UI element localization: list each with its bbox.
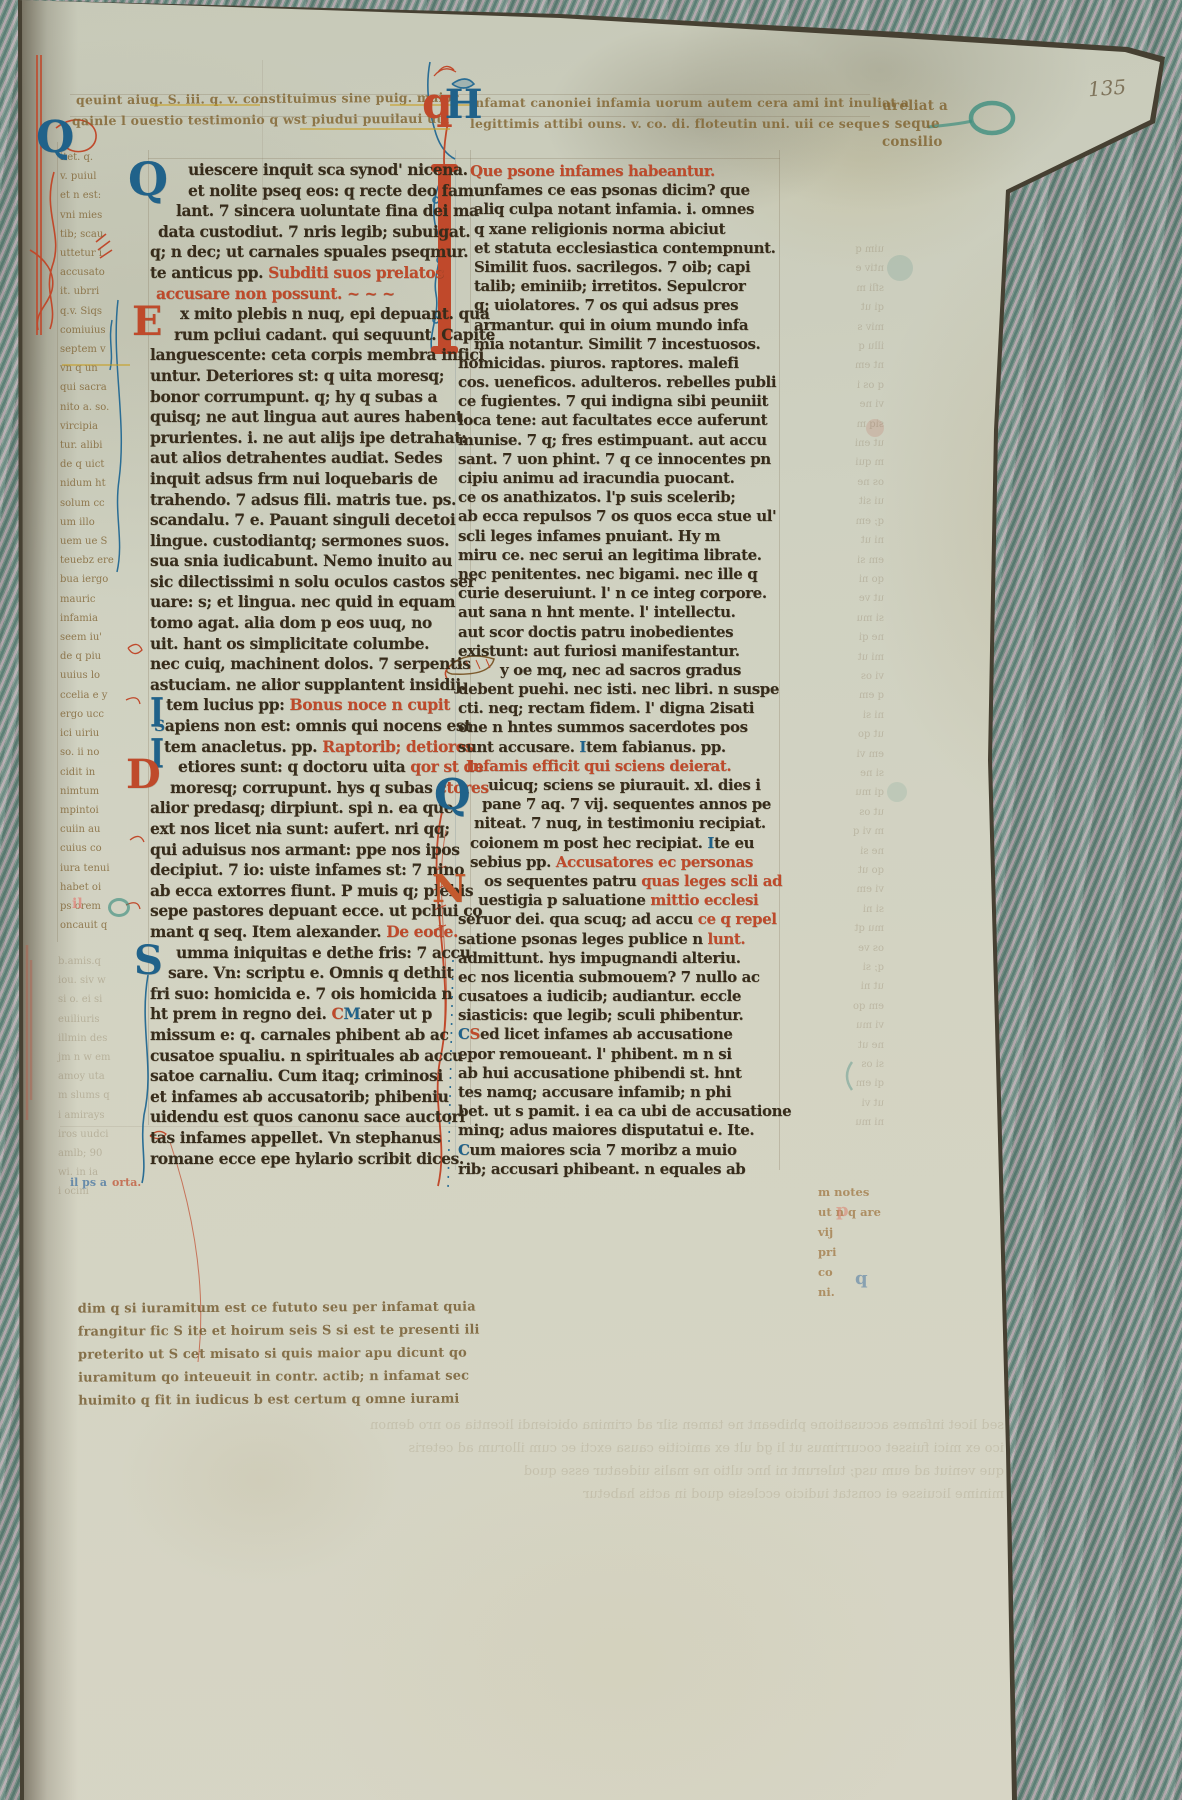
body-text: y oe mq, nec ad sacros gradus (500, 661, 741, 679)
manuscript-photo: { "page_number": "135", "header": { "glo… (0, 0, 1182, 1800)
body-text: tem fabianus. pp. (586, 738, 726, 756)
text-line: scli leges infames pnuiant. Hy m (458, 527, 780, 546)
bottom-gloss-block: dim q si iuramitum est ce fututo seu per… (78, 1294, 719, 1412)
body-text: trahendo. 7 adsus fili. matris tue. ps. (150, 490, 456, 509)
text-line: uit. hant os simplicitate columbe. (150, 634, 472, 655)
gloss-line: huimito q fit in iudicus b est certum q … (78, 1386, 718, 1412)
gloss-line: minime licuisse ei constat iudicio eccle… (64, 1483, 1004, 1506)
rubric-text: S (470, 1025, 480, 1043)
text-line: coionem m post hec recipiat. Ite eu (458, 834, 780, 853)
body-text: um maiores scia 7 moribz a muio (470, 1141, 737, 1159)
gloss-line: m qui (792, 453, 884, 472)
rubric-text: Subditi suos prelatos (268, 263, 444, 282)
body-text: homicidas. piuros. raptores. malefi (458, 354, 739, 372)
body-text: mant q seq. Item alexander. (150, 922, 386, 941)
body-text: loca tene: aut facultates ecce auferunt (458, 411, 767, 429)
text-line: scandalu. 7 e. Pauant singuli decetoi (150, 510, 472, 531)
text-line: rib; accusari phibeant. n equales ab (458, 1160, 780, 1179)
rubric-text: ce q repel (698, 910, 777, 928)
gloss-line: si os (792, 1055, 884, 1074)
quire-mark-blue-letter: H (445, 81, 483, 128)
body-text: data custodiut. 7 nris legib; subuigat. (158, 222, 470, 241)
body-text: siasticis: que legib; sculi phibentur. (458, 1006, 743, 1024)
text-line: lingue. custodiantq; sermones suos. (150, 531, 472, 552)
body-text: os sequentes patru (484, 872, 641, 890)
rubric-text: mittio ecclesi (650, 891, 758, 909)
body-text: satione psonas leges publice n (458, 930, 708, 948)
gloss-line: de q uict (60, 455, 150, 474)
body-text: I (579, 738, 586, 756)
body-text: I (707, 834, 714, 852)
text-line: loca tene: aut facultates ecce auferunt (458, 411, 780, 430)
gloss-line: nt em (792, 356, 884, 375)
body-text: pane 7 aq. 7 vij. sequentes annos pe (482, 795, 771, 813)
body-text: moresq; corrupunt. hys q subas (170, 778, 437, 797)
body-text: ce os anathizatos. l'p suis scelerib; (458, 488, 735, 506)
gloss-line: cuius co (60, 839, 150, 858)
gloss-line: ici uiriu (60, 724, 150, 743)
body-text: cos. ueneficos. adulteros. rebelles publ… (458, 373, 776, 391)
right-margin-showthrough: uim qntiv esfli mqi utmiv sillu qnt emq … (792, 240, 884, 1133)
body-text: nec cuiq, machinent dolos. 7 serpentis (150, 654, 471, 673)
rubric-text: quas leges scli ad (641, 872, 782, 890)
body-text: lant. 7 sincera uoluntate fina dei ma (176, 201, 479, 220)
gloss-line: nito a. so. (60, 398, 150, 417)
body-text: rum pcliui cadant. qui sequunt. Capite (174, 325, 495, 344)
text-line: Infamis efficit qui sciens deierat. (458, 757, 780, 776)
text-line: munise. 7 q; fres estimpuant. aut accu (458, 431, 780, 450)
gloss-line: miv s (792, 318, 884, 337)
body-text: cusatoes a iudicib; audiantur. eccle (458, 987, 741, 1005)
text-line: cipiu animu ad iracundia puocant. (458, 469, 780, 488)
body-text: sunt accusare. (458, 738, 579, 756)
drop-cap-I: I (150, 694, 164, 735)
body-text: ab ecca repulsos 7 os quos ecca stue ul' (458, 507, 776, 525)
text-line: ce fugientes. 7 qui indigna sibi peuniit (458, 392, 780, 411)
body-text: scandalu. 7 e. Pauant singuli decetoi (150, 510, 455, 529)
text-line: trahendo. 7 adsus fili. matris tue. ps. (150, 490, 472, 511)
text-line: cos. ueneficos. adulteros. rebelles publ… (458, 373, 780, 392)
text-line: bet. ut s pamit. i ea ca ubi de accusati… (458, 1102, 780, 1121)
teal-margin-ring (108, 898, 130, 917)
rubric-text: Bonus noce n cupit (290, 695, 450, 714)
text-line: debent puehi. nec isti. nec libri. n sus… (458, 680, 780, 699)
body-text: quisq; ne aut lingua aut aures habent (150, 407, 463, 426)
body-text: aut alios detrahentes audiat. Sedes (150, 448, 442, 467)
text-line: Sapiens non est: omnis qui nocens est (150, 716, 472, 737)
gloss-line: ico ex mici fuisset cocurrimus ut li gd … (64, 1437, 1004, 1460)
drop-cap-Q: Q (128, 156, 168, 202)
text-line: seruor dei. qua scuq; ad accu ce q repel (458, 910, 780, 929)
text-line: mant q seq. Item alexander. De eode. (150, 922, 472, 943)
body-text: te anticus pp. (150, 263, 268, 282)
gloss-line: ut n q are (818, 1202, 908, 1222)
body-text: cti. neq; rectam fidem. l' digna 2isati (458, 699, 754, 717)
gloss-line: ni si (792, 706, 884, 725)
gloss-line: seem iu' (60, 628, 150, 647)
gloss-line: m vi q (792, 822, 884, 841)
text-line: mia notantur. Similit 7 incestuosos. (458, 335, 780, 354)
gloss-line: ut os (792, 803, 884, 822)
text-line: aut alios detrahentes audiat. Sedes (150, 448, 472, 469)
gloss-line: nidum ht (60, 474, 150, 493)
text-line: epor remoueant. l' phibent. m n si (458, 1045, 780, 1064)
gloss-line: ut eni (792, 434, 884, 453)
text-line: cusatoe spualiu. n spirituales ab accu (150, 1046, 472, 1067)
gloss-line: de q piu (60, 647, 150, 666)
ruling-line (57, 142, 58, 942)
gloss-line: preterito ut S cet misato si quis maior … (78, 1340, 718, 1366)
text-line: uicuq; sciens se piurauit. xl. dies i (458, 776, 780, 795)
text-line: accusare non possunt. ~ ~ ~ (150, 284, 472, 305)
gloss-line: siq m (792, 415, 884, 434)
text-line: satoe carnaliu. Cum itaq; criminosi (150, 1066, 472, 1087)
drop-cap-Q: Q (36, 116, 74, 160)
blue-margin-word: il ps a (70, 1176, 107, 1189)
text-line: sebius pp. Accusatores ec personas (458, 853, 780, 872)
gloss-line: qui sacra (60, 378, 150, 397)
body-text: tes namq; accusare infamib; n phi (458, 1083, 731, 1101)
text-line: satione psonas leges publice n lunt. (458, 930, 780, 949)
text-line: etiores sunt: q doctoru uita qor st de (150, 757, 472, 778)
drop-cap-S: S (134, 941, 163, 981)
text-line: romane ecce epe hylario scribit dices. (150, 1149, 472, 1170)
body-text: ce fugientes. 7 qui indigna sibi peuniit (458, 392, 768, 410)
body-text: uare: s; et lingua. nec quid in equam (150, 592, 455, 611)
body-text: C (458, 1025, 470, 1043)
text-line: moresq; corrupunt. hys q subas ctores (150, 778, 472, 799)
text-line: aliq culpa notant infamia. i. omnes (458, 200, 780, 219)
body-text: lingue. custodiantq; sermones suos. (150, 531, 449, 550)
body-text: armantur. qui in oium mundo infa (474, 316, 748, 334)
text-line: cusatoes a iudicib; audiantur. eccle (458, 987, 780, 1006)
text-line: fri suo: homicida e. 7 ois homicida n (150, 984, 472, 1005)
body-text: rib; accusari phibeant. n equales ab (458, 1160, 745, 1178)
body-text: miru ce. nec serui an legitima librate. (458, 546, 762, 564)
text-line: aut sana n hnt mente. l' intellectu. (458, 603, 780, 622)
gloss-line: iura tenui (60, 859, 150, 878)
gloss-line: tib; scau (60, 225, 150, 244)
drop-cap-Q: Q (434, 774, 471, 816)
rubric-text: lunt. (708, 930, 746, 948)
gloss-line: accusato (60, 263, 150, 282)
text-line: tes namq; accusare infamib; n phi (458, 1083, 780, 1102)
text-line: q; uiolatores. 7 os qui adsus pres (458, 296, 780, 315)
text-line: Similit fuos. sacrilegos. 7 oib; capi (458, 258, 780, 277)
pink-margin-mark: il (72, 896, 83, 912)
text-line: alior predasq; dirpiunt. spi n. ea que (150, 798, 472, 819)
text-line: quisq; ne aut lingua aut aures habent (150, 407, 472, 428)
gloss-line: uuius lo (60, 666, 150, 685)
body-text: Similit fuos. sacrilegos. 7 oib; capi (474, 258, 750, 276)
gloss-line: vi ne (792, 395, 884, 414)
gloss-underline (150, 104, 260, 106)
text-line: tem lucius pp: Bonus noce n cupit (150, 695, 472, 716)
text-line: nec cuiq, machinent dolos. 7 serpentis (150, 654, 472, 675)
gloss-line: q; em (792, 512, 884, 531)
text-line: pane 7 aq. 7 vij. sequentes annos pe (458, 795, 780, 814)
gloss-line: tur. alibi (60, 436, 150, 455)
rubric-text: Raptorib; detiores (322, 737, 473, 756)
text-line: languescente: ceta corpis membra infici (150, 345, 472, 366)
body-text: uestigia p saluatione (478, 891, 650, 909)
gloss-line: si mu (792, 609, 884, 628)
gloss-line: vi mu (792, 1016, 884, 1035)
text-line: inquit adsus frm nui loquebaris de (150, 469, 472, 490)
drop-cap-N: N (432, 870, 467, 908)
text-line: sare. Vn: scriptu e. Omnis q dethit (150, 963, 472, 984)
top-gloss-left-line1: qeuint aiuq. S. iii. q. v. constituimus … (76, 87, 459, 111)
body-text: apiens non est: omnis qui nocens est (165, 716, 471, 735)
text-line: decipiut. 7 io: uiste infames st: 7 nino (150, 860, 472, 881)
body-text: ec nos licentia submouem? 7 nullo ac (458, 968, 760, 986)
text-line: qui aduisus nos armant: ppe nos ipos (150, 840, 472, 861)
text-line: ht prem in regno dei. CMater ut p (150, 1004, 472, 1025)
body-text: existunt: aut furiosi manifestantur. (458, 642, 740, 660)
body-text: qui aduisus nos armant: ppe nos ipos (150, 840, 460, 859)
text-line: umma iniquitas e dethe fris: 7 accu (150, 943, 472, 964)
gloss-line: ergo ucc (60, 705, 150, 724)
gloss-line: illu q (792, 337, 884, 356)
gloss-line: cuiin au (60, 820, 150, 839)
gloss-line: ne qi (792, 628, 884, 647)
body-text: fri suo: homicida e. 7 ois homicida n (150, 984, 452, 1003)
body-text: munise. 7 q; fres estimpuant. aut accu (458, 431, 767, 449)
gloss-line: que veniut ad eum usq; tulerunt ni hnc u… (64, 1460, 1004, 1483)
body-text: debent puehi. nec isti. nec libri. n sus… (458, 680, 779, 698)
body-text: ext nos licet nia sunt: aufert. nri qq; (150, 819, 450, 838)
text-line: armantur. qui in oium mundo infa (458, 316, 780, 335)
gloss-line: uim q (792, 240, 884, 259)
gloss-line: si ne (792, 764, 884, 783)
gloss-line: pri (818, 1242, 908, 1262)
text-line: te anticus pp. Subditi suos prelatos (150, 263, 472, 284)
body-text: seruor dei. qua scuq; ad accu (458, 910, 698, 928)
text-line: uiescere inquit sca synod' nicena. (150, 160, 472, 181)
body-text: tomo agat. alia dom p eos uuq, no (150, 613, 432, 632)
text-column-left: uiescere inquit sca synod' nicena.et nol… (150, 160, 472, 1169)
body-text: et nolite pseq eos: q recte deo famu (188, 181, 484, 200)
text-line: ab ecca extorres fiunt. P muis q; plebis (150, 881, 472, 902)
body-text: x mito plebis n nuq, epi depuant. qua (180, 304, 490, 323)
gloss-line: vij (818, 1222, 908, 1242)
gloss-line: ni mu (792, 1113, 884, 1132)
ruling-line (148, 158, 780, 159)
fore-edge-red-streaks (27, 945, 31, 1120)
body-text: cipiu animu ad iracundia puocant. (458, 469, 734, 487)
text-line: bonor corrumpunt. q; hy q subas a (150, 387, 472, 408)
body-text: decipiut. 7 io: uiste infames st: 7 nino (150, 860, 464, 879)
body-text: languescente: ceta corpis membra infici (150, 345, 484, 364)
body-text: M (343, 1004, 360, 1023)
text-line: q; n dec; ut carnales spuales pseqmur. (150, 242, 472, 263)
gloss-line: qi ut (792, 298, 884, 317)
body-text: sare. Vn: scriptu e. Omnis q dethit (168, 963, 453, 982)
left-margin-showthrough: b.amis.qiou. siv wsi o. ei sieuiliurisil… (58, 952, 150, 1202)
text-line: os sequentes patru quas leges scli ad (458, 872, 780, 891)
text-line: cti. neq; rectam fidem. l' digna 2isati (458, 699, 780, 718)
text-line: CSed licet infames ab accusatione (458, 1025, 780, 1044)
rubric-text: Que psone infames habeantur. (470, 162, 715, 180)
text-line: ab hui accusatione phibendi st. hnt (458, 1064, 780, 1083)
body-text: coionem m post hec recipiat. (470, 834, 707, 852)
text-line: et statuta ecclesiastica contempnunt. (458, 239, 780, 258)
body-text: etiores sunt: q doctoru uita (178, 757, 410, 776)
gloss-line: ut ve (792, 589, 884, 608)
gloss-line: habet oi (60, 878, 150, 897)
text-line: Que psone infames habeantur. (458, 162, 780, 181)
body-text: talib; eminiib; irretitos. Sepulcror (474, 277, 745, 295)
body-text: nfames ce eas psonas dicim? que (484, 181, 750, 199)
body-text: tas infames appellet. Vn stephanus (150, 1128, 441, 1147)
gloss-line: ntiv e (792, 259, 884, 278)
text-line: ab ecca repulsos 7 os quos ecca stue ul' (458, 507, 780, 526)
body-text: admittunt. hys impugnandi alteriu. (458, 949, 741, 967)
body-text: curie deseruiunt. l' n ce integ corpore. (458, 584, 767, 602)
body-text: missum e: q. carnales phibent ab ac (150, 1025, 449, 1044)
body-text: ab hui accusatione phibendi st. hnt (458, 1064, 742, 1082)
body-text: untur. Deteriores st: q uita moresq; (150, 366, 444, 385)
body-text: bonor corrumpunt. q; hy q subas a (150, 387, 437, 406)
body-text: aut sana n hnt mente. l' intellectu. (458, 603, 735, 621)
gloss-line: qi mu (792, 783, 884, 802)
body-text: sua snia iudicabunt. Nemo inuito au (150, 551, 452, 570)
body-text: aut scor doctis patru inobedientes (458, 623, 733, 641)
body-text: tem anacletus. pp. (164, 737, 322, 756)
gloss-line: vi em (792, 880, 884, 899)
gloss-line: mi ut (792, 648, 884, 667)
body-text: ed licet infames ab accusatione (480, 1025, 733, 1043)
gloss-line: um illo (60, 513, 150, 532)
body-text: et infames ab accusatorib; phibeniu (150, 1087, 449, 1106)
text-line: tas infames appellet. Vn stephanus (150, 1128, 472, 1149)
body-text: ater ut p (360, 1004, 432, 1023)
gloss-line: sfli m (792, 279, 884, 298)
text-line: ce os anathizatos. l'p suis scelerib; (458, 488, 780, 507)
gloss-line: dim q si iuramitum est ce fututo seu per… (78, 1294, 718, 1320)
gloss-line: vi os (792, 667, 884, 686)
gloss-line: em qo (792, 997, 884, 1016)
gloss-line: m slums q (58, 1086, 150, 1105)
left-margin-gloss: itet. q.v. puiulet n est:vni miestib; sc… (60, 148, 150, 935)
text-line: curie deseruiunt. l' n ce integ corpore. (458, 584, 780, 603)
gloss-line: ut qo (792, 725, 884, 744)
body-text: cusatoe spualiu. n spirituales ab accu (150, 1046, 463, 1065)
body-text: niteat. 7 nuq, in testimoniu recipiat. (474, 814, 766, 832)
text-line: prurientes. i. ne aut alijs ipe detrahat… (150, 428, 472, 449)
gloss-line: ne si (792, 842, 884, 861)
text-line: sua snia iudicabunt. Nemo inuito au (150, 551, 472, 572)
text-line: admittunt. hys impugnandi alteriu. (458, 949, 780, 968)
body-text: aliq culpa notant infamia. i. omnes (474, 200, 754, 218)
gloss-line: euiliuris (58, 1010, 150, 1029)
text-line: x mito plebis n nuq, epi depuant. qua (150, 304, 472, 325)
body-text: uidendu est quos canonu sace auctori (150, 1107, 465, 1126)
body-text: satoe carnaliu. Cum itaq; criminosi (150, 1066, 443, 1085)
gloss-line: qi em (792, 1074, 884, 1093)
gloss-line: infamia (60, 609, 150, 628)
body-text: sic dilectissimi n solu oculos castos se… (150, 572, 475, 591)
body-text: uicuq; sciens se piurauit. xl. dies i (488, 776, 761, 794)
text-line: tem anacletus. pp. Raptorib; detiores (150, 737, 472, 758)
body-text: sebius pp. (470, 853, 556, 871)
text-line: tomo agat. alia dom p eos uuq, no (150, 613, 472, 634)
drop-cap-E: E (132, 302, 163, 342)
text-line: nfames ce eas psonas dicim? que (458, 181, 780, 200)
top-gloss-corner-line3: consilio (882, 132, 943, 153)
gloss-line: si ni (792, 900, 884, 919)
body-text: alior predasq; dirpiunt. spi n. ea que (150, 798, 453, 817)
showthrough-red-letter: p (836, 1200, 849, 1221)
gloss-line: ni ut (792, 531, 884, 550)
gloss-line: iros uudci (58, 1125, 150, 1144)
gloss-line: oncauit q (60, 916, 150, 935)
text-line: et nolite pseq eos: q recte deo famu (150, 181, 472, 202)
gloss-line: illmin des (58, 1029, 150, 1048)
gloss-line: os ne (792, 473, 884, 492)
text-line: aut scor doctis patru inobedientes (458, 623, 780, 642)
body-text: et statuta ecclesiastica contempnunt. (474, 239, 776, 257)
gloss-line: si o. ei si (58, 990, 150, 1009)
text-line: data custodiut. 7 nris legib; subuigat. (150, 222, 472, 243)
gloss-line: ut ni (792, 977, 884, 996)
gloss-line: mauric (60, 590, 150, 609)
text-line: rum pcliui cadant. qui sequunt. Capite (150, 325, 472, 346)
quire-mark: qH (422, 78, 483, 129)
text-line: et infames ab accusatorib; phibeniu (150, 1087, 472, 1108)
drop-cap-D: D (126, 755, 161, 795)
gloss-line: os ve (792, 939, 884, 958)
bottom-showthrough-block: sed licet infames accusatione phibeant n… (64, 1414, 1004, 1506)
text-line: talib; eminiib; irretitos. Sepulcror (458, 277, 780, 296)
body-text: te eu (714, 834, 754, 852)
body-text: sant. 7 uon phint. 7 q ce innocentes pn (458, 450, 771, 468)
text-line: astuciam. ne alior supplantent insidij. (150, 675, 472, 696)
rubric-text: Infamis efficit qui sciens deierat. (466, 757, 731, 775)
text-line: Cum maiores scia 7 moribz a muio (458, 1141, 780, 1160)
body-text: umma iniquitas e dethe fris: 7 accu (176, 943, 470, 962)
body-text: astuciam. ne alior supplantent insidij. (150, 675, 466, 694)
body-text: prurientes. i. ne aut alijs ipe detrahat… (150, 428, 466, 447)
body-text: q; uiolatores. 7 os qui adsus pres (474, 296, 738, 314)
gloss-line: vircipia (60, 417, 150, 436)
text-line: existunt: aut furiosi manifestantur. (458, 642, 780, 661)
gloss-line: ui sit (792, 492, 884, 511)
gloss-line: vni mies (60, 206, 150, 225)
body-text: ab ecca extorres fiunt. P muis q; plebis (150, 881, 473, 900)
gloss-line: m notes (818, 1182, 908, 1202)
body-text: epor remoueant. l' phibent. m n si (458, 1045, 732, 1063)
body-text: uit. hant os simplicitate columbe. (150, 634, 429, 653)
text-line: sant. 7 uon phint. 7 q ce innocentes pn (458, 450, 780, 469)
showthrough-blue-letter: q (855, 1268, 868, 1289)
rubric-text: C (332, 1004, 344, 1023)
body-text: one n hntes summos sacerdotes pos (458, 718, 748, 736)
text-line: ec nos licentia submouem? 7 nullo ac (458, 968, 780, 987)
text-line: q xane religionis norma abiciut (458, 220, 780, 239)
gloss-line: ne ut (792, 1036, 884, 1055)
text-line: uidendu est quos canonu sace auctori (150, 1107, 472, 1128)
body-text: q xane religionis norma abiciut (474, 220, 725, 238)
top-gloss-right-line1: infamat canoniei infamia uorum autem cer… (470, 92, 909, 113)
text-line: y oe mq, nec ad sacros gradus (458, 661, 780, 680)
text-line: siasticis: que legib; sculi phibentur. (458, 1006, 780, 1025)
gloss-line: solum cc (60, 494, 150, 513)
text-line: untur. Deteriores st: q uita moresq; (150, 366, 472, 387)
gloss-line: qo ut (792, 861, 884, 880)
text-line: sepe pastores depuant ecce. ut pcliui co (150, 901, 472, 922)
gloss-line: bua iergo (60, 570, 150, 589)
